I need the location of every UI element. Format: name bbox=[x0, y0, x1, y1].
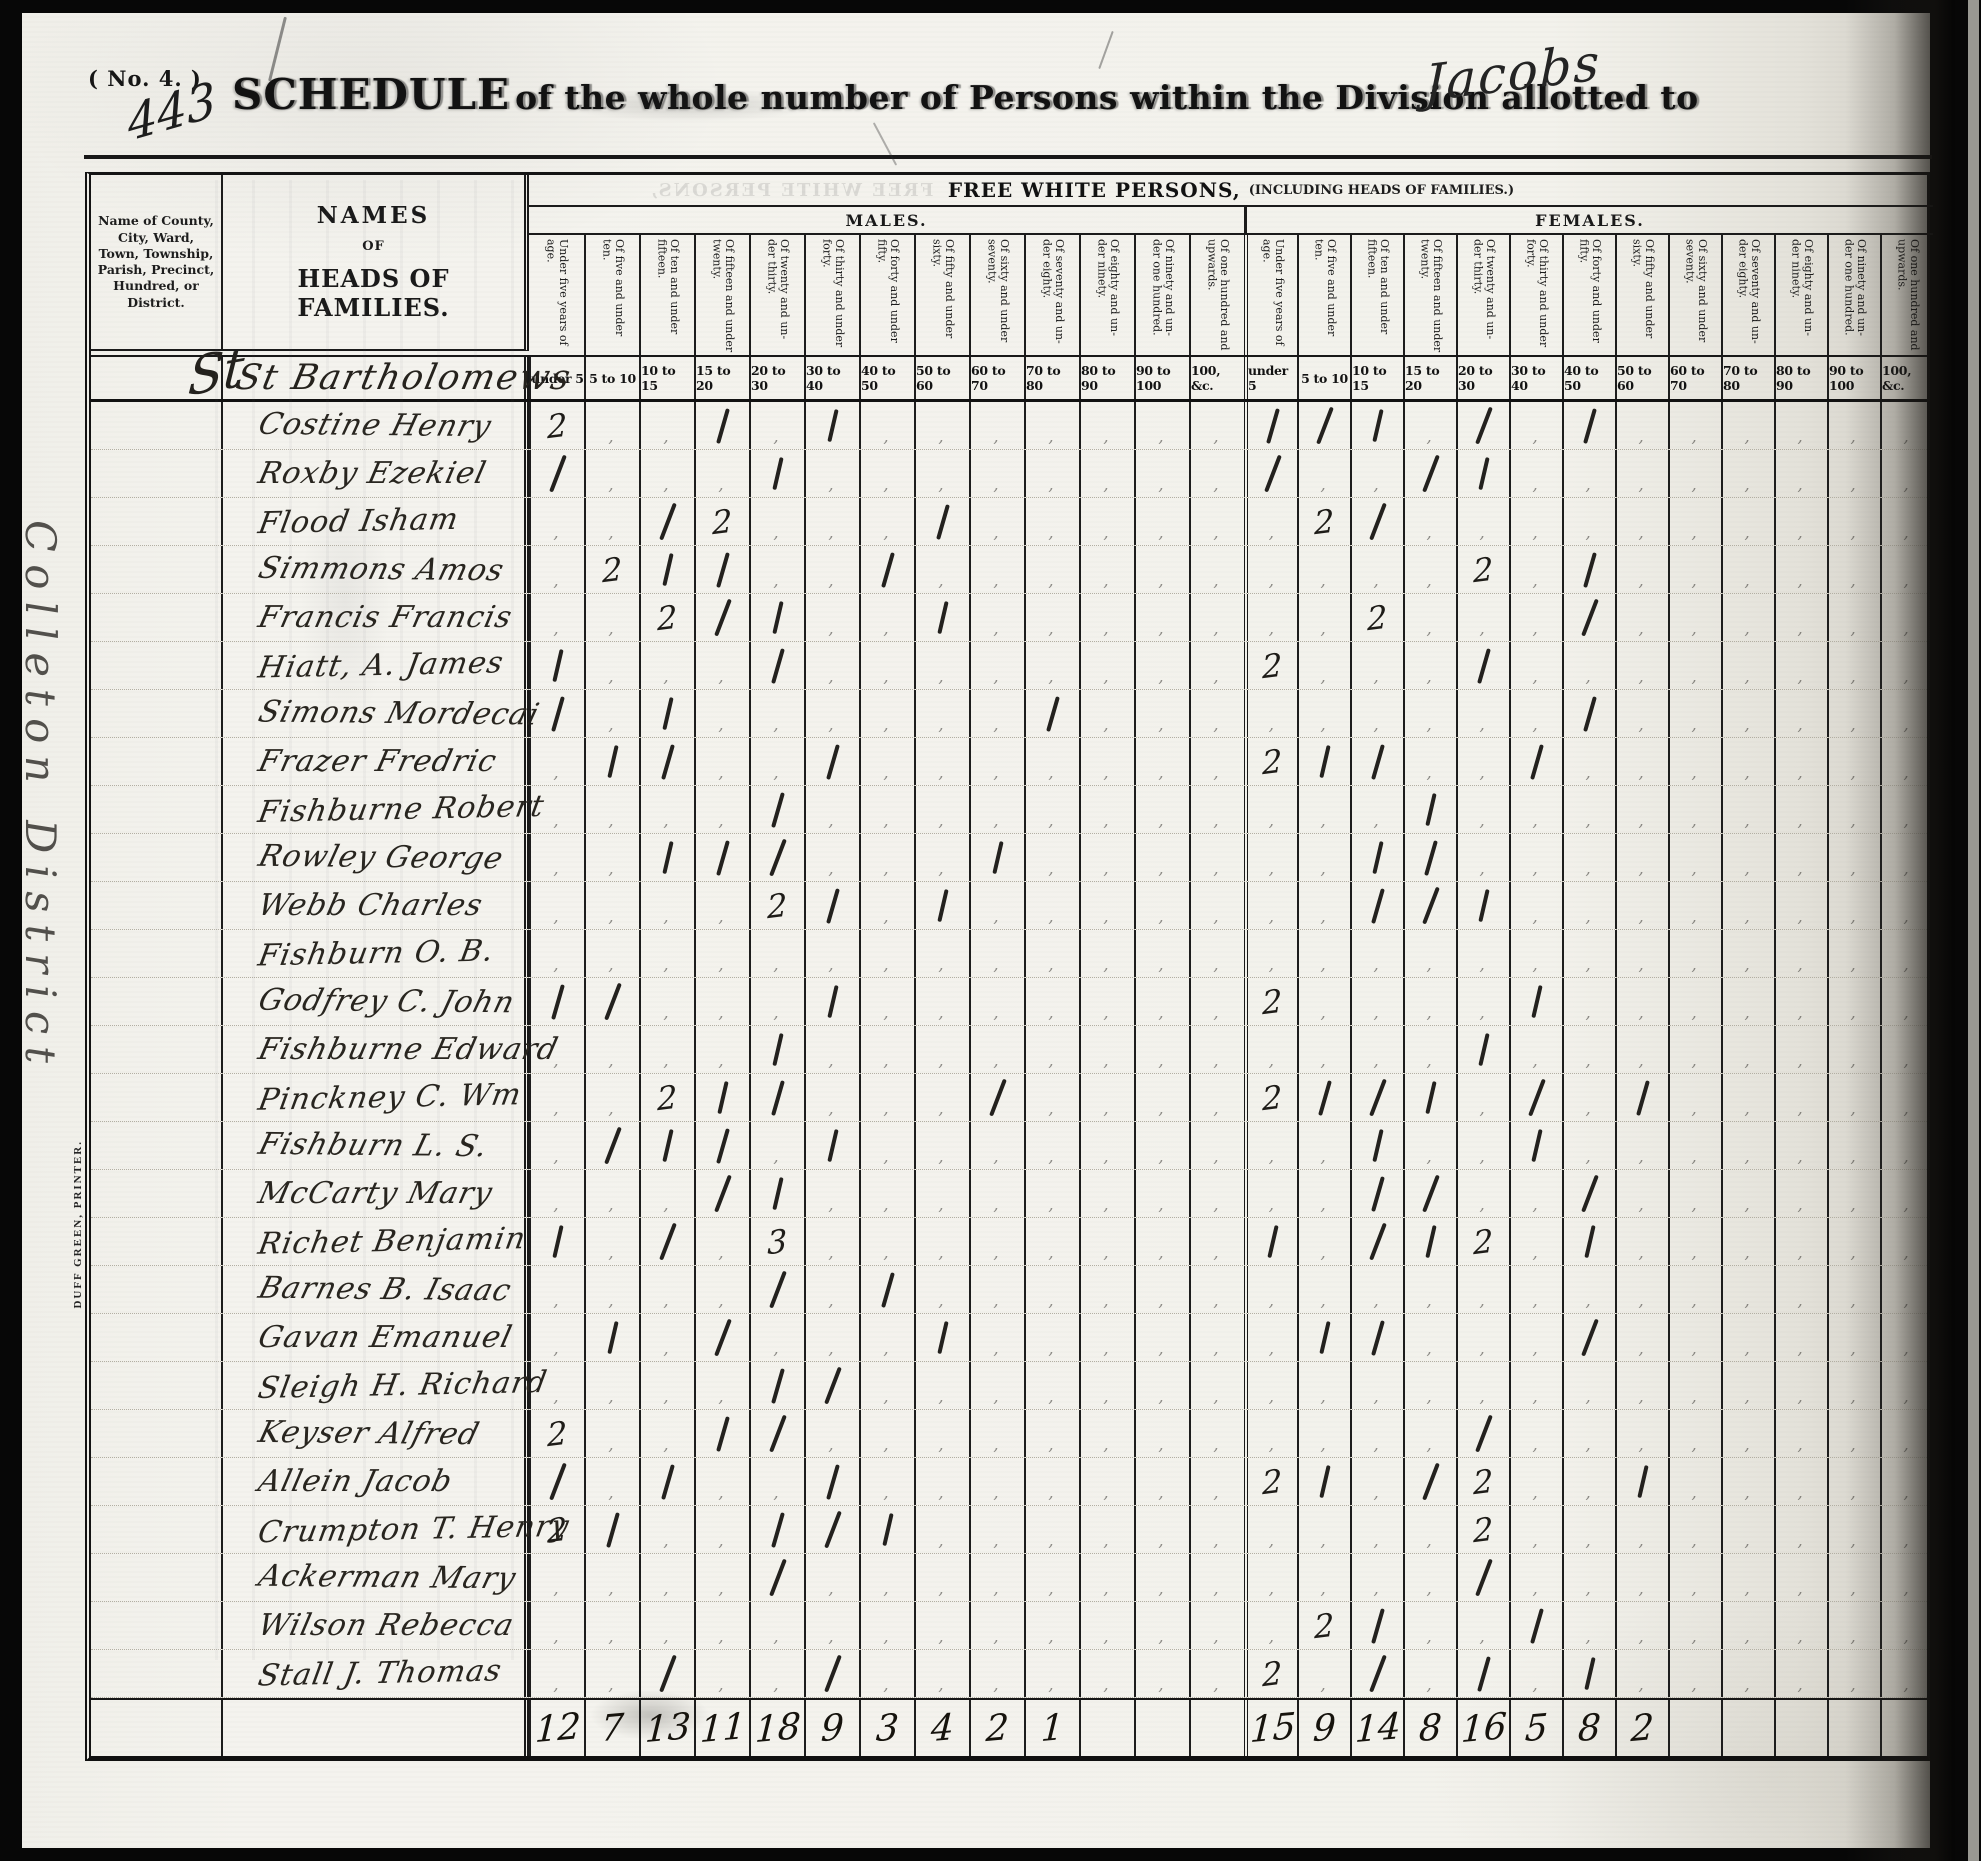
total-cell: 9 bbox=[1297, 1700, 1350, 1756]
tally-cell bbox=[914, 498, 969, 545]
tally-cell: , bbox=[1774, 1362, 1827, 1409]
tally-cell: , bbox=[584, 1410, 639, 1457]
tally-dot: , bbox=[1744, 715, 1749, 735]
tally-cell: , bbox=[1350, 1026, 1403, 1073]
tally-cell: , bbox=[914, 546, 969, 593]
tally-cell: , bbox=[1827, 690, 1880, 737]
tally-dot: , bbox=[1903, 811, 1908, 831]
tally-cell: , bbox=[1774, 1650, 1827, 1697]
tally-dot: , bbox=[1320, 1243, 1325, 1263]
tally-slash bbox=[659, 503, 676, 541]
tally-dot: , bbox=[1638, 427, 1643, 447]
tally-dot: , bbox=[828, 475, 833, 495]
tally-slash bbox=[989, 1079, 1006, 1117]
tally-dot: , bbox=[1103, 715, 1108, 735]
tally-dot: , bbox=[1373, 1579, 1378, 1599]
age-label-f-2: Of ten and under fifteen. bbox=[1350, 235, 1403, 355]
tally-dot: , bbox=[993, 1435, 998, 1455]
tally-dot: , bbox=[1903, 763, 1908, 783]
age-label-f-0: Under five years of age. bbox=[1244, 235, 1297, 355]
tally-dot: , bbox=[1269, 1627, 1274, 1647]
tally-dot: , bbox=[773, 715, 778, 735]
tally-cell: , bbox=[1827, 930, 1880, 977]
tally-dot: , bbox=[1797, 475, 1802, 495]
name-cell: Fishburne Robert bbox=[221, 786, 529, 833]
tally-cell: , bbox=[1134, 1554, 1189, 1601]
tally-dot: , bbox=[718, 1387, 723, 1407]
tally-cell: , bbox=[1615, 882, 1668, 929]
tally-cell: , bbox=[694, 1602, 749, 1649]
total-cell bbox=[1880, 1700, 1933, 1756]
tally-dot: , bbox=[773, 1627, 778, 1647]
person-name: Sleigh H. Richard bbox=[255, 1365, 550, 1406]
tally-cell: , bbox=[1668, 930, 1721, 977]
tally-cell: , bbox=[529, 498, 584, 545]
age-label-text: Of seventy and un- der eighty. bbox=[1040, 235, 1065, 355]
tally-dot: , bbox=[608, 907, 613, 927]
tally-cell: , bbox=[1827, 1074, 1880, 1121]
table-row: Sleigh H. Richard,,,,,,,,,,,,,,,,,,,,,,,… bbox=[91, 1362, 1927, 1410]
tally-cell: , bbox=[1079, 834, 1134, 881]
tally-cell bbox=[1456, 1554, 1509, 1601]
table-row: Fishburne Edward,,,,,,,,,,,,,,,,,,,,,,,, bbox=[91, 1026, 1927, 1074]
person-name: Gavan Emanuel bbox=[255, 1320, 516, 1355]
tally-dot: , bbox=[663, 955, 668, 975]
tally-cell: , bbox=[859, 930, 914, 977]
tally-cell bbox=[804, 978, 859, 1025]
age-label-text: Of ten and under fifteen. bbox=[1365, 235, 1390, 355]
tally-slash bbox=[1369, 503, 1386, 541]
census-page-scan: ( No. 4. ) 443 SCHEDULE of the whole num… bbox=[0, 0, 1981, 1861]
tally-dot: , bbox=[1585, 1387, 1590, 1407]
tally-cell: , bbox=[1024, 1074, 1079, 1121]
tally-cell: , bbox=[694, 450, 749, 497]
total-cell: 11 bbox=[694, 1700, 749, 1756]
tally-cell: , bbox=[1189, 1650, 1244, 1697]
tally-cell: , bbox=[859, 498, 914, 545]
county-cell bbox=[91, 402, 221, 449]
tally-cell: , bbox=[914, 1602, 969, 1649]
tally-cell: , bbox=[969, 786, 1024, 833]
tally-cell: , bbox=[1668, 882, 1721, 929]
total-cell: 2 bbox=[969, 1700, 1024, 1756]
tally-dot: , bbox=[1479, 955, 1484, 975]
tally-dot: , bbox=[883, 811, 888, 831]
tally-dot: , bbox=[828, 1099, 833, 1119]
tally-dot: , bbox=[1269, 523, 1274, 543]
tally-cell: , bbox=[1509, 498, 1562, 545]
tally-cell: , bbox=[1509, 450, 1562, 497]
tally-cell: , bbox=[1079, 546, 1134, 593]
tally-cell: , bbox=[1774, 1218, 1827, 1265]
tally-cell: , bbox=[584, 1650, 639, 1697]
tally-cell: , bbox=[1721, 498, 1774, 545]
tally-dot: , bbox=[1103, 1051, 1108, 1071]
tally-cell: , bbox=[1189, 498, 1244, 545]
age-label-text: Under five years of age. bbox=[1260, 235, 1285, 355]
tally-dot: , bbox=[1585, 475, 1590, 495]
tally-cell: , bbox=[1721, 1410, 1774, 1457]
tally-dot: , bbox=[1744, 475, 1749, 495]
tally-dot: , bbox=[1691, 1195, 1696, 1215]
age-label-f-3: Of fifteen and under twenty. bbox=[1403, 235, 1456, 355]
tally-dot: , bbox=[1048, 1003, 1053, 1023]
total-cell: 15 bbox=[1244, 1700, 1297, 1756]
tally-cell: , bbox=[1668, 642, 1721, 689]
person-name: Richet Benjamin bbox=[255, 1221, 528, 1262]
tally-dot: , bbox=[553, 619, 558, 639]
tally-cell: , bbox=[1456, 690, 1509, 737]
tally-cell: , bbox=[914, 690, 969, 737]
tally-dot: , bbox=[773, 427, 778, 447]
tally-cell: , bbox=[1774, 690, 1827, 737]
tally-dot: , bbox=[608, 523, 613, 543]
bleed-ghost-text: FREE WHITE PERSONS, bbox=[649, 180, 933, 201]
total-cell: 8 bbox=[1403, 1700, 1456, 1756]
tally-slash bbox=[661, 744, 674, 780]
tally-cell bbox=[529, 978, 584, 1025]
tally-dot: , bbox=[993, 1003, 998, 1023]
tally-cell bbox=[969, 834, 1024, 881]
tally-cell: , bbox=[1189, 1170, 1244, 1217]
tally-cell: , bbox=[859, 978, 914, 1025]
tally-dot: , bbox=[1048, 811, 1053, 831]
tally-slash bbox=[771, 1512, 784, 1548]
totals-row: 1271311189342115914816582 bbox=[91, 1698, 1927, 1756]
tally-dot: , bbox=[828, 1291, 833, 1311]
tally-cell: , bbox=[1244, 1362, 1297, 1409]
tally-dot: , bbox=[773, 955, 778, 975]
county-cell bbox=[91, 1314, 221, 1361]
tally-cell: , bbox=[1189, 546, 1244, 593]
tally-dot: , bbox=[663, 1339, 668, 1359]
tally-slash bbox=[881, 1272, 894, 1308]
tally-dot: , bbox=[1373, 1291, 1378, 1311]
tally-dot: , bbox=[1797, 1339, 1802, 1359]
tally-dot: , bbox=[828, 811, 833, 831]
age-label-m-5: Of thirty and under forty. bbox=[804, 235, 859, 355]
name-cell: Francis Francis bbox=[221, 594, 529, 641]
tally-dot: , bbox=[993, 427, 998, 447]
age-label-text: Of sixty and under seventy. bbox=[985, 235, 1010, 355]
name-cell: Hiatt, A. James bbox=[221, 642, 529, 689]
tally-dot: , bbox=[1585, 811, 1590, 831]
tally-cell: , bbox=[1615, 978, 1668, 1025]
tally-number: 2 bbox=[547, 1509, 568, 1550]
tally-cell: , bbox=[1615, 1410, 1668, 1457]
tally-cell bbox=[749, 1170, 804, 1217]
tally-cell bbox=[1244, 402, 1297, 449]
tally-number: 2 bbox=[1262, 645, 1283, 686]
total-value: 18 bbox=[754, 1705, 802, 1750]
tally-dot: , bbox=[938, 667, 943, 687]
age-label-m-4: Of twenty and un- der thirty. bbox=[749, 235, 804, 355]
district-cell: St bbox=[91, 357, 221, 399]
tally-slash bbox=[772, 1033, 783, 1066]
tally-cell: , bbox=[1024, 1026, 1079, 1073]
tally-cell: , bbox=[969, 546, 1024, 593]
county-cell bbox=[91, 1362, 221, 1409]
tally-cell: 2 bbox=[1244, 738, 1297, 785]
tally-dot: , bbox=[1479, 1291, 1484, 1311]
age-label-m-10: Of eighty and un- der ninety. bbox=[1079, 235, 1134, 355]
tally-dot: , bbox=[1744, 1675, 1749, 1695]
name-cell: Fishburne Edward bbox=[221, 1026, 529, 1073]
tally-dot: , bbox=[1903, 715, 1908, 735]
tally-cell: , bbox=[1880, 786, 1933, 833]
tally-dot: , bbox=[1158, 715, 1163, 735]
tally-dot: , bbox=[718, 955, 723, 975]
age-range-f-10: 80 to 90 bbox=[1774, 357, 1827, 399]
tally-cell: , bbox=[1668, 450, 1721, 497]
tally-cell: , bbox=[1297, 1506, 1350, 1553]
tally-dot: , bbox=[993, 715, 998, 735]
tally-dot: , bbox=[1850, 1147, 1855, 1167]
tally-dot: , bbox=[993, 523, 998, 543]
person-name: Allein Jacob bbox=[255, 1464, 456, 1499]
tally-slash bbox=[882, 1513, 893, 1546]
person-name: Hiatt, A. James bbox=[255, 645, 506, 685]
tally-cell: , bbox=[1024, 1266, 1079, 1313]
tally-slash bbox=[1584, 1225, 1595, 1258]
tally-dot: , bbox=[1103, 523, 1108, 543]
tally-cell: , bbox=[914, 450, 969, 497]
tally-cell: , bbox=[1668, 978, 1721, 1025]
tally-cell: , bbox=[1827, 1122, 1880, 1169]
tally-dot: , bbox=[1048, 1483, 1053, 1503]
person-name: Francis Francis bbox=[255, 600, 516, 635]
tally-cell: , bbox=[584, 1602, 639, 1649]
table-row: McCarty Mary,,,,,,,,,,,,,,,,,,,,, bbox=[91, 1170, 1927, 1218]
tally-cell: , bbox=[1615, 1026, 1668, 1073]
age-label-text: Of fifteen and under twenty. bbox=[1418, 235, 1443, 355]
tally-cell: , bbox=[1562, 1506, 1615, 1553]
tally-dot: , bbox=[1320, 859, 1325, 879]
tally-slash bbox=[1425, 793, 1436, 826]
tally-dot: , bbox=[1797, 1579, 1802, 1599]
tally-cell: , bbox=[1079, 642, 1134, 689]
tally-dot: , bbox=[1532, 1579, 1537, 1599]
tally-dot: , bbox=[938, 427, 943, 447]
tally-cell bbox=[694, 1074, 749, 1121]
tally-cell: , bbox=[1024, 786, 1079, 833]
tally-dot: , bbox=[1532, 619, 1537, 639]
person-name: Webb Charles bbox=[255, 888, 486, 923]
tally-cell: , bbox=[1024, 834, 1079, 881]
tally-cell bbox=[639, 1458, 694, 1505]
tally-number: 2 bbox=[1473, 1461, 1494, 1502]
tally-cell: , bbox=[914, 1458, 969, 1505]
tally-slash bbox=[772, 1177, 783, 1210]
tally-dot: , bbox=[1638, 1243, 1643, 1263]
tally-dot: , bbox=[1048, 1387, 1053, 1407]
tally-cell: , bbox=[914, 1506, 969, 1553]
tally-cell bbox=[1350, 738, 1403, 785]
tally-dot: , bbox=[773, 1003, 778, 1023]
tally-dot: , bbox=[553, 763, 558, 783]
tally-dot: , bbox=[993, 1243, 998, 1263]
tally-cell: , bbox=[1189, 642, 1244, 689]
tally-dot: , bbox=[1048, 427, 1053, 447]
tally-dot: , bbox=[883, 715, 888, 735]
table-row: Frazer Fredric,,,,,,,,,,2,,,,,,,,, bbox=[91, 738, 1927, 786]
tally-cell: , bbox=[859, 1026, 914, 1073]
tally-cell: , bbox=[1134, 546, 1189, 593]
tally-dot: , bbox=[1103, 1003, 1108, 1023]
tally-cell bbox=[639, 1218, 694, 1265]
total-cell: 1 bbox=[1024, 1700, 1079, 1756]
tally-dot: , bbox=[1373, 1483, 1378, 1503]
tally-cell: , bbox=[804, 1170, 859, 1217]
tally-dot: , bbox=[1532, 1387, 1537, 1407]
tally-slash bbox=[1478, 457, 1489, 490]
age-range-m-5: 30 to 40 bbox=[804, 357, 859, 399]
tally-cell: , bbox=[639, 1506, 694, 1553]
tally-dot: , bbox=[1320, 1387, 1325, 1407]
tally-cell: , bbox=[969, 1314, 1024, 1361]
age-label-f-4: Of twenty and un- der thirty. bbox=[1456, 235, 1509, 355]
tally-slash bbox=[1319, 1321, 1330, 1354]
person-name: Keyser Alfred bbox=[255, 1415, 484, 1452]
tally-dot: , bbox=[1585, 1579, 1590, 1599]
tally-dot: , bbox=[1638, 1435, 1643, 1455]
tally-cell: , bbox=[1189, 978, 1244, 1025]
tally-cell: , bbox=[584, 498, 639, 545]
tally-cell: , bbox=[969, 1122, 1024, 1169]
tally-slash bbox=[1422, 455, 1439, 493]
table-row: Fishburne Robert,,,,,,,,,,,,,,,,,,,,,,,, bbox=[91, 786, 1927, 834]
tally-slash bbox=[1530, 1608, 1543, 1644]
tally-dot: , bbox=[1213, 619, 1218, 639]
tally-slash bbox=[1528, 1079, 1545, 1117]
tally-dot: , bbox=[1426, 571, 1431, 591]
tally-cell: , bbox=[804, 642, 859, 689]
tally-cell: 2 bbox=[639, 1074, 694, 1121]
tally-cell bbox=[1509, 1074, 1562, 1121]
tally-cell bbox=[859, 1266, 914, 1313]
tally-cell: , bbox=[694, 642, 749, 689]
tally-dot: , bbox=[1903, 1627, 1908, 1647]
tally-dot: , bbox=[663, 811, 668, 831]
tally-cell: , bbox=[1079, 738, 1134, 785]
tally-dot: , bbox=[1638, 1627, 1643, 1647]
tally-dot: , bbox=[718, 1579, 723, 1599]
tally-cell: , bbox=[1244, 882, 1297, 929]
tally-number: 2 bbox=[1314, 501, 1335, 542]
tally-cell: , bbox=[1244, 1026, 1297, 1073]
tally-dot: , bbox=[1797, 1387, 1802, 1407]
tally-dot: , bbox=[1903, 523, 1908, 543]
tally-dot: , bbox=[608, 1675, 613, 1695]
tally-dot: , bbox=[1213, 1387, 1218, 1407]
tally-cell bbox=[749, 834, 804, 881]
tally-dot: , bbox=[993, 1339, 998, 1359]
tally-cell: , bbox=[1668, 1122, 1721, 1169]
total-cell bbox=[1774, 1700, 1827, 1756]
tally-cell: , bbox=[804, 1074, 859, 1121]
tally-dot: , bbox=[1691, 475, 1696, 495]
county-cell bbox=[91, 1170, 221, 1217]
tally-cell: , bbox=[749, 1314, 804, 1361]
age-label-f-5: Of thirty and under forty. bbox=[1509, 235, 1562, 355]
tally-dot: , bbox=[1797, 619, 1802, 639]
tally-cell: , bbox=[1024, 450, 1079, 497]
age-range-f-1: 5 to 10 bbox=[1297, 357, 1350, 399]
tally-dot: , bbox=[1373, 811, 1378, 831]
tally-cell: , bbox=[694, 1362, 749, 1409]
tally-cell bbox=[749, 786, 804, 833]
tally-cell: , bbox=[1509, 1458, 1562, 1505]
tally-dot: , bbox=[1158, 619, 1163, 639]
tally-cell: , bbox=[859, 1554, 914, 1601]
tally-cell: , bbox=[804, 1266, 859, 1313]
tally-cell bbox=[584, 1314, 639, 1361]
age-range-f-0: under 5 bbox=[1244, 357, 1297, 399]
tally-cell bbox=[584, 978, 639, 1025]
tally-cell: , bbox=[1350, 1410, 1403, 1457]
tally-cell: , bbox=[1880, 1026, 1933, 1073]
table-row: Richet Benjamin,,3,,,,,,,,,2,,,,,,, bbox=[91, 1218, 1927, 1266]
tally-cell: , bbox=[1297, 1218, 1350, 1265]
person-name: Roxby Ezekiel bbox=[255, 456, 490, 491]
tally-cell: , bbox=[1403, 1314, 1456, 1361]
tally-dot: , bbox=[1638, 1291, 1643, 1311]
tally-cell: , bbox=[1721, 1362, 1774, 1409]
totals-county-cell bbox=[91, 1700, 221, 1756]
tally-dot: , bbox=[718, 1003, 723, 1023]
page-title: SCHEDULE of the whole number of Persons … bbox=[232, 70, 1442, 119]
names-label: NAMES bbox=[317, 202, 430, 229]
tally-dot: , bbox=[1048, 763, 1053, 783]
tally-cell: , bbox=[1134, 930, 1189, 977]
tally-dot: , bbox=[1320, 475, 1325, 495]
tally-dot: , bbox=[883, 1051, 888, 1071]
table-row: Crumpton T. Henry2,,,,,,,,,,,,2,,,,,,,, bbox=[91, 1506, 1927, 1554]
tally-dot: , bbox=[1213, 1195, 1218, 1215]
tally-dot: , bbox=[1585, 523, 1590, 543]
tally-cell: , bbox=[859, 690, 914, 737]
county-cell bbox=[91, 642, 221, 689]
tally-number: 2 bbox=[1473, 1221, 1494, 1262]
tally-dot: , bbox=[1797, 859, 1802, 879]
tally-cell: , bbox=[529, 834, 584, 881]
tally-dot: , bbox=[1797, 1003, 1802, 1023]
tally-cell: , bbox=[1297, 786, 1350, 833]
tally-cell: , bbox=[1189, 786, 1244, 833]
tally-dot: , bbox=[553, 907, 558, 927]
tally-dot: , bbox=[1103, 1243, 1108, 1263]
tally-dot: , bbox=[1426, 1531, 1431, 1551]
tally-number: 2 bbox=[1473, 1509, 1494, 1550]
tally-cell: , bbox=[1350, 1362, 1403, 1409]
tally-dot: , bbox=[938, 955, 943, 975]
tally-slash bbox=[1372, 409, 1383, 442]
tally-dot: , bbox=[1638, 1195, 1643, 1215]
tally-cell: , bbox=[639, 1554, 694, 1601]
tally-cell: , bbox=[1880, 1410, 1933, 1457]
tally-dot: , bbox=[1532, 1291, 1537, 1311]
tally-cell: , bbox=[1456, 738, 1509, 785]
tally-cell bbox=[1562, 402, 1615, 449]
tally-cell: , bbox=[1350, 1266, 1403, 1313]
tally-cell: , bbox=[1668, 402, 1721, 449]
tally-cell: , bbox=[1880, 1458, 1933, 1505]
tally-slash bbox=[1369, 1079, 1386, 1117]
tally-dot: , bbox=[1320, 571, 1325, 591]
tally-cell: , bbox=[1721, 1170, 1774, 1217]
tally-dot: , bbox=[1213, 475, 1218, 495]
tally-dot: , bbox=[773, 523, 778, 543]
